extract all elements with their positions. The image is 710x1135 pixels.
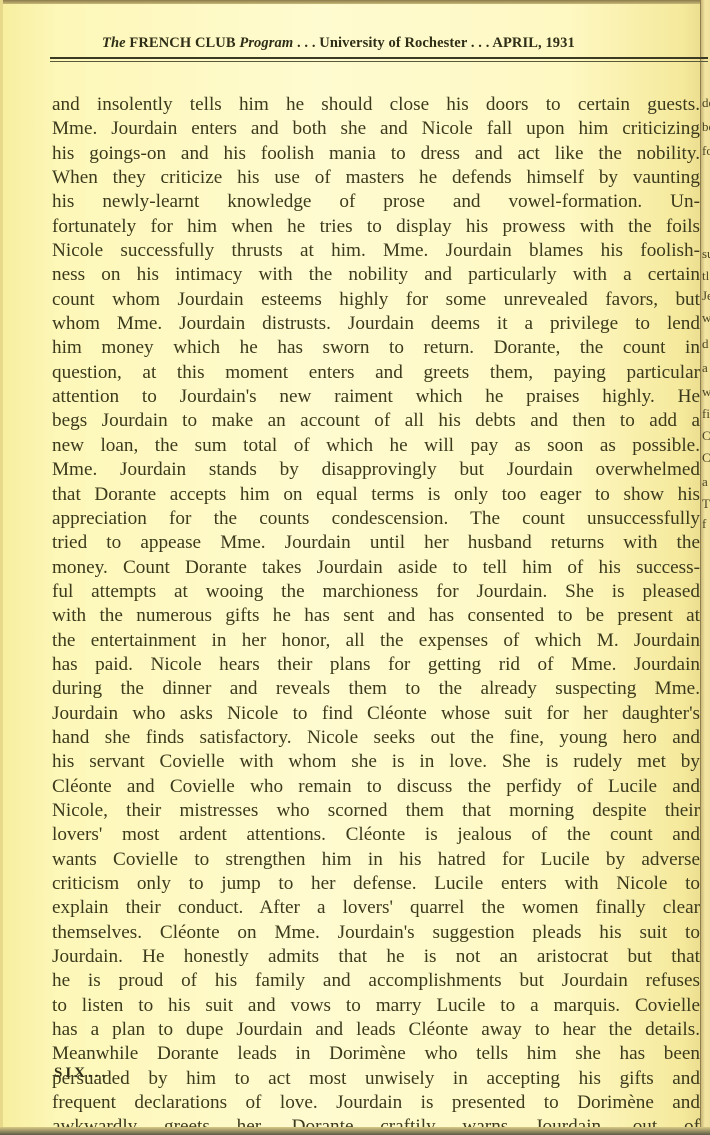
text-line: persuaded by him to act most unwisely in…: [52, 1067, 700, 1091]
text-line: frequent declarations of love. Jourdain …: [52, 1091, 700, 1115]
adjacent-page-fragment: su: [702, 246, 710, 262]
text-line: attention to Jourdain's new raiment whic…: [52, 385, 700, 409]
text-line: Jourdain. He honestly admits that he is …: [52, 945, 700, 969]
page-bottom-edge: [0, 1127, 710, 1135]
text-line: new loan, the sum total of which he will…: [52, 434, 700, 458]
text-line: criticism only to jump to her defense. L…: [52, 872, 700, 896]
header-institution-date: . . . University of Rochester . . . APRI…: [293, 35, 575, 51]
text-line: has paid. Nicole hears their plans for g…: [52, 653, 700, 677]
text-line: his goings-on and his foolish mania to d…: [52, 142, 700, 166]
text-line: that Dorante accepts him on equal terms …: [52, 483, 700, 507]
page-folio: SIX...: [54, 1065, 108, 1082]
document-page: The FRENCH CLUB Program . . . University…: [0, 0, 710, 1135]
text-line: fortunately for him when he tries to dis…: [52, 215, 700, 239]
text-line: count whom Jourdain esteems highly for s…: [52, 288, 700, 312]
text-line: Cléonte and Covielle who remain to discu…: [52, 775, 700, 799]
text-line: Mme. Jourdain stands by disapprovingly b…: [52, 458, 700, 482]
text-line: has a plan to dupe Jourdain and leads Cl…: [52, 1018, 700, 1042]
text-line: his newly-learnt knowledge of prose and …: [52, 190, 700, 214]
text-line: explain their conduct. After a lovers' q…: [52, 896, 700, 920]
header-double-rule: [50, 57, 708, 62]
adjacent-page-fragment: bo: [702, 119, 710, 135]
text-line: his servant Covielle with whom she is in…: [52, 750, 700, 774]
text-line: he is proud of his family and accomplish…: [52, 969, 700, 993]
text-line: ness on his intimacy with the nobility a…: [52, 263, 700, 287]
text-line: question, at this moment enters and gree…: [52, 361, 700, 385]
text-line: lovers' most ardent attentions. Cléonte …: [52, 823, 700, 847]
text-line: to listen to his suit and vows to marry …: [52, 994, 700, 1018]
text-line: Nicole successfully thrusts at him. Mme.…: [52, 239, 700, 263]
text-line: with the numerous gifts he has sent and …: [52, 604, 700, 628]
adjacent-page-fragment: a: [702, 360, 710, 376]
text-line: Nicole, their mistresses who scorned the…: [52, 799, 700, 823]
text-line: appreciation for the counts condescensio…: [52, 507, 700, 531]
text-line: begs Jourdain to make an account of all …: [52, 409, 700, 433]
adjacent-page-fragment: a: [702, 474, 710, 490]
text-line: hand she finds satisfactory. Nicole seek…: [52, 726, 700, 750]
text-line: Mme. Jourdain enters and both she and Ni…: [52, 117, 700, 141]
text-line: ful attempts at wooing the marchioness f…: [52, 580, 700, 604]
page-top-edge: [0, 0, 700, 4]
adjacent-page-fragment: w: [702, 384, 710, 400]
header-club: FRENCH CLUB: [126, 35, 240, 51]
header-the: The: [102, 35, 126, 51]
adjacent-page-fragment: de: [702, 95, 710, 111]
adjacent-page-fragment: w: [702, 310, 710, 326]
adjacent-page-fragment: fo: [702, 143, 710, 159]
book-spine-gutter: [700, 0, 710, 1135]
page-left-edge: [0, 0, 3, 1135]
text-line: the entertainment in her honor, all the …: [52, 629, 700, 653]
header-program: Program: [239, 35, 293, 51]
text-line: money. Count Dorante takes Jourdain asid…: [52, 556, 700, 580]
adjacent-page-fragment: Je: [702, 288, 710, 304]
text-line: him money which he has sworn to return. …: [52, 336, 700, 360]
text-line: and insolently tells him he should close…: [52, 93, 700, 117]
synopsis-body: and insolently tells him he should close…: [52, 93, 700, 1135]
adjacent-page-fragment: T: [702, 496, 710, 512]
text-line: wants Covielle to strengthen him in his …: [52, 848, 700, 872]
adjacent-page-fragment: d: [702, 336, 710, 352]
adjacent-page-fragment: C: [702, 450, 710, 466]
text-line: Jourdain who asks Nicole to find Cléonte…: [52, 702, 700, 726]
text-line: whom Mme. Jourdain distrusts. Jourdain d…: [52, 312, 700, 336]
text-line: When they criticize his use of masters h…: [52, 166, 700, 190]
text-line: themselves. Cléonte on Mme. Jourdain's s…: [52, 921, 700, 945]
adjacent-page-fragment: C: [702, 428, 710, 444]
adjacent-page-fragment: tl: [702, 268, 710, 284]
text-line: tried to appease Mme. Jourdain until her…: [52, 531, 700, 555]
adjacent-page-fragment: fi: [702, 406, 710, 422]
text-line: Meanwhile Dorante leads in Dorimène who …: [52, 1042, 700, 1066]
adjacent-page-fragment: f: [702, 516, 710, 532]
text-line: during the dinner and reveals them to th…: [52, 677, 700, 701]
running-header: The FRENCH CLUB Program . . . University…: [102, 35, 702, 52]
